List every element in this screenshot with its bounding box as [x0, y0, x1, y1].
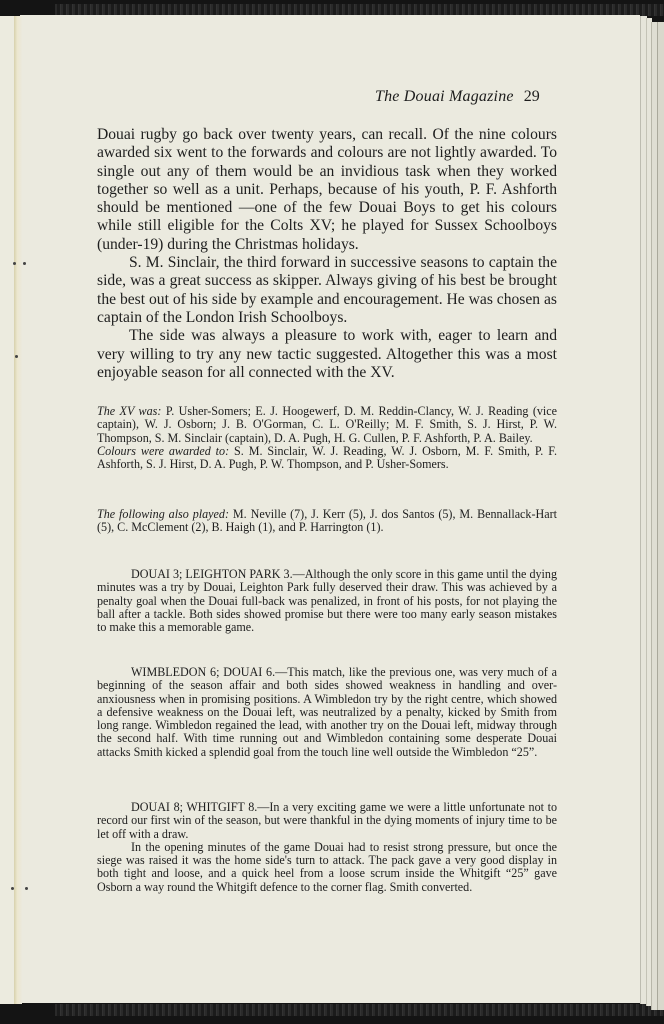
running-header: The Douai Magazine29 — [375, 88, 565, 106]
xv-label: The XV was: — [97, 404, 161, 418]
page-number: 29 — [524, 88, 540, 105]
also-label: The following also played: — [97, 507, 229, 521]
binding-speck — [25, 887, 28, 890]
match-heading: DOUAI 3; LEIGHTON PARK 3. — [131, 567, 293, 581]
also-played: The following also played: M. Neville (7… — [97, 508, 557, 535]
binding-speck — [15, 355, 18, 358]
binding-speck — [13, 262, 16, 265]
match-report-whitgift: DOUAI 8; WHITGIFT 8.—In a very exciting … — [97, 801, 557, 894]
body-paragraph-3: The side was always a pleasure to work w… — [97, 327, 557, 382]
colours-label: Colours were awarded to: — [97, 444, 229, 458]
match-text-continued: In the opening minutes of the game Douai… — [97, 841, 557, 894]
binding-speck — [23, 262, 26, 265]
team-lists: The XV was: P. Usher-Somers; E. J. Hooge… — [97, 405, 557, 471]
xv-list-paragraph: The XV was: P. Usher-Somers; E. J. Hooge… — [97, 405, 557, 445]
match-heading: DOUAI 8; WHITGIFT 8. — [131, 800, 257, 814]
book-gutter — [14, 16, 22, 1004]
body-paragraph-1: Douai rugby go back over twenty years, c… — [97, 126, 557, 254]
body-paragraph-2: S. M. Sinclair, the third forward in suc… — [97, 254, 557, 327]
match-report-wimbledon: WIMBLEDON 6; DOUAI 6.—This match, like t… — [97, 666, 557, 759]
colours-paragraph: Colours were awarded to: S. M. Sinclair,… — [97, 445, 557, 472]
main-body: Douai rugby go back over twenty years, c… — [97, 126, 557, 382]
book-cover-bottom — [55, 1004, 664, 1016]
match-report-leighton-park: DOUAI 3; LEIGHTON PARK 3.—Although the o… — [97, 568, 557, 634]
magazine-title: The Douai Magazine — [375, 88, 514, 105]
match-heading: WIMBLEDON 6; DOUAI 6. — [131, 665, 275, 679]
xv-list: P. Usher-Somers; E. J. Hoogewerf, D. M. … — [97, 404, 557, 445]
binding-speck — [11, 887, 14, 890]
match-text: —This match, like the previous one, was … — [97, 665, 557, 759]
page-stack-edge — [657, 22, 664, 1010]
